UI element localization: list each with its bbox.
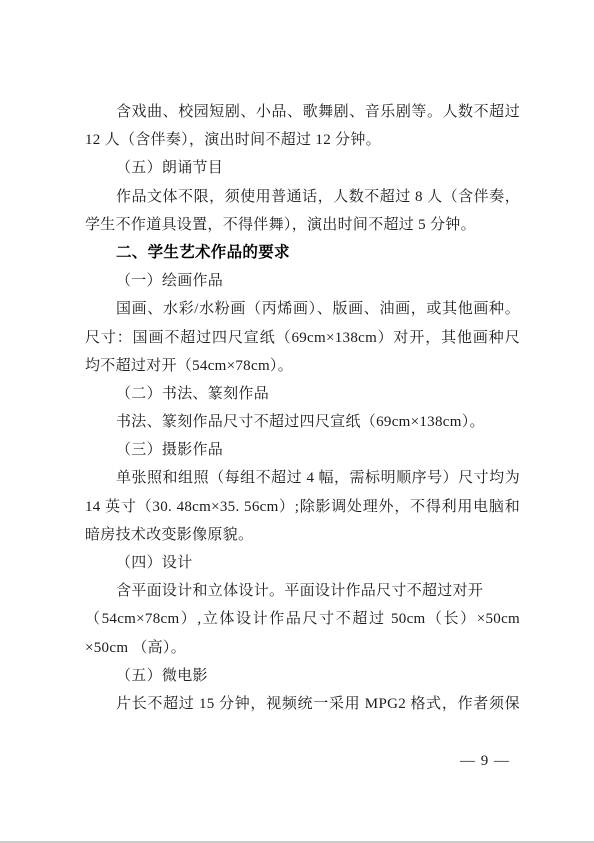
- page-number: — 9 —: [460, 747, 510, 775]
- text-line: 14 英寸（30. 48cm×35. 56cm）;除影调处理外，不得利用电脑和: [85, 493, 520, 521]
- text-line: 国画、水彩/水粉画（丙烯画）、版画、油画，或其他画种。: [85, 295, 520, 323]
- sub-heading: （五）微电影: [85, 662, 520, 690]
- document-body: 含戏曲、校园短剧、小品、歌舞剧、音乐剧等。人数不超过 12 人（含伴奏），演出时…: [85, 98, 520, 718]
- text-line: 书法、篆刻作品尺寸不超过四尺宣纸（69cm×138cm）。: [85, 408, 520, 436]
- text-line: 作品文体不限，须使用普通话，人数不超过 8 人（含伴奏，: [85, 183, 520, 211]
- sub-heading: （五）朗诵节目: [85, 154, 520, 182]
- document-page: 含戏曲、校园短剧、小品、歌舞剧、音乐剧等。人数不超过 12 人（含伴奏），演出时…: [0, 0, 594, 843]
- sub-heading: （一）绘画作品: [85, 267, 520, 295]
- text-line: 暗房技术改变影像原貌。: [85, 521, 520, 549]
- sub-heading: （二）书法、篆刻作品: [85, 380, 520, 408]
- text-line: ×50cm （高）。: [85, 634, 520, 662]
- text-line: （54cm×78cm）,立体设计作品尺寸不超过 50cm（长）×50cm（宽）: [85, 605, 520, 633]
- text-line: 含戏曲、校园短剧、小品、歌舞剧、音乐剧等。人数不超过: [85, 98, 520, 126]
- text-line: 均不超过对开（54cm×78cm）。: [85, 352, 520, 380]
- text-line: 单张照和组照（每组不超过 4 幅，需标明顺序号）尺寸均为: [85, 464, 520, 492]
- section-heading: 二、学生艺术作品的要求: [85, 239, 520, 267]
- sub-heading: （三）摄影作品: [85, 436, 520, 464]
- text-line: 尺寸：国画不超过四尺宣纸（69cm×138cm）对开，其他画种尺寸: [85, 324, 520, 352]
- text-line: 12 人（含伴奏），演出时间不超过 12 分钟。: [85, 126, 520, 154]
- text-line: 学生不作道具设置，不得伴舞），演出时间不超过 5 分钟。: [85, 211, 520, 239]
- sub-heading: （四）设计: [85, 549, 520, 577]
- text-line: 含平面设计和立体设计。平面设计作品尺寸不超过对开: [85, 577, 520, 605]
- text-line: 片长不超过 15 分钟，视频统一采用 MPG2 格式，作者须保留: [85, 690, 520, 718]
